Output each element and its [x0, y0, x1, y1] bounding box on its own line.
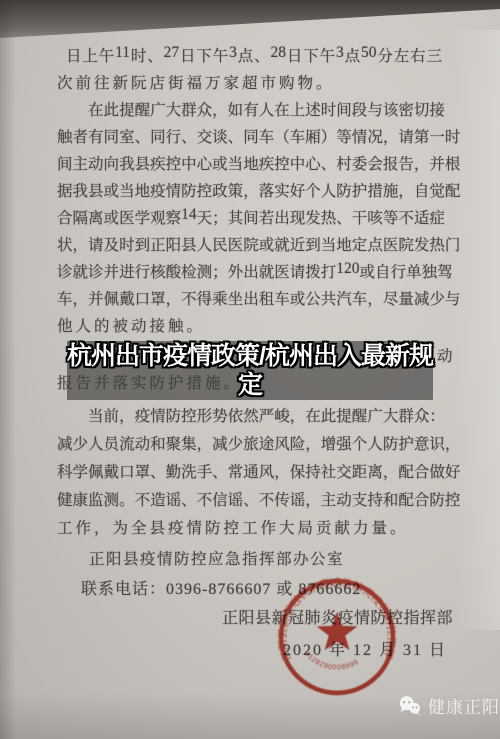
document-line: 诊就诊并进行核酸检测；外出就医请拨打120或自行单独驾 [57, 260, 442, 287]
watermark: 健康正阳 [398, 693, 500, 718]
official-seal-stamp: 正阳县新型冠状病毒感染肺炎疫情防控指挥部 4128290008899 [276, 576, 398, 698]
document-line: 车，并佩戴口罩，不得乘坐出租车或公共汽车，尽量减少与 [57, 287, 442, 314]
document-line: 科学佩戴口罩、勤洗手、常通风，保持社交距离，配合做好 [57, 460, 442, 488]
document-line: 据我县或当地疫情防控政策，落实好个人防护措施，自觉配 [57, 179, 442, 206]
overlay-title-line2: 定 [238, 371, 262, 400]
paragraph-1: 日上午11时、27日下午3点、28日下午3点50分左右三次前往新阮店街福万家超市… [57, 44, 442, 341]
document-line: 状，请及时到正阳县人民医院或就近到当地定点医院发热门 [57, 233, 442, 260]
paragraph-2: 当前，疫情防控形势依然严峻，在此提醒广大群众：减少人员流动和聚集，减少旅途风险，… [57, 404, 442, 544]
title-overlay-banner: 杭州出市疫情政策/杭州出入最新规 定 [67, 341, 433, 400]
document-line: 在此提醒广大群众，如有人在上述时间段与该密切接 [57, 98, 442, 125]
watermark-label: 健康正阳 [428, 693, 500, 718]
wechat-icon [398, 695, 422, 716]
stamp-star-icon [317, 612, 358, 651]
document-line: 日上午11时、27日下午3点、28日下午3点50分左右三 [57, 44, 442, 71]
document-line: 减少人员流动和聚集，减少旅途风险，增强个人防护意识， [57, 432, 442, 460]
document-line: 次前往新阮店街福万家超市购物。 [57, 71, 442, 98]
document-line: 健康监测。不造谣、不信谣、不传谣，主动支持和配合防控 [57, 488, 442, 516]
document-line: 触者有同室、同行、交谈、同车（车厢）等情况，请第一时 [57, 125, 442, 152]
stamp-serial-number: 4128290008899 [303, 650, 360, 671]
document-line: 间主动向我县疾控中心或当地疾控中心、村委会报告，并根 [57, 152, 442, 179]
office-signature-line: 正阳县疫情防控应急指挥部办公室 [89, 547, 344, 569]
document-line: 合隔离或医学观察14天；其间若出现发热、干咳等不适症 [57, 206, 442, 233]
document-line: 当前，疫情防控形势依然严峻，在此提醒广大群众： [57, 404, 442, 432]
document-line: 工作，为全县疫情防控工作大局贡献力量。 [57, 516, 442, 544]
overlay-title-line1: 杭州出市疫情政策/杭州出入最新规 [67, 342, 433, 371]
document-line: 他人的被动接触。 [57, 314, 442, 341]
